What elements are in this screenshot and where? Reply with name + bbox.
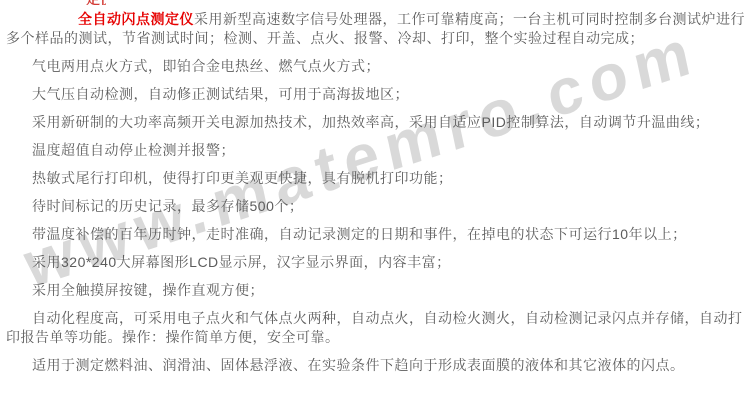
cropped-red-text-fragment: 定仪 [86, 0, 106, 5]
feature-paragraph: 自动化程度高，可采用电子点火和气体点火两种，自动点火，自动检火测火，自动检测记录… [6, 309, 746, 347]
feature-paragraph: 带温度补偿的百年历时钟，走时准确，自动记录测定的日期和事件，在掉电的状态下可运行… [6, 225, 746, 244]
feature-paragraph: 待时间标记的历史记录，最多存储500个； [6, 197, 746, 216]
feature-paragraph: 温度超值自动停止检测并报警； [6, 141, 746, 160]
feature-paragraph: 采用全触摸屏按键，操作直观方便； [6, 281, 746, 300]
feature-paragraph: 采用新研制的大功率高频开关电源加热技术，加热效率高，采用自适应PID控制算法，自… [6, 113, 746, 132]
intro-paragraph: 全自动闪点测定仪采用新型高速数字信号处理器，工作可靠精度高；一台主机可同时控制多… [6, 10, 746, 48]
product-name-highlight: 全自动闪点测定仪 [78, 11, 194, 27]
feature-paragraph: 气电两用点火方式，即铂合金电热丝、燃气点火方式； [6, 57, 746, 76]
feature-paragraph: 热敏式尾行打印机，使得打印更美观更快捷，具有脱机打印功能； [6, 169, 746, 188]
feature-paragraph: 采用320*240大屏幕图形LCD显示屏，汉字显示界面，内容丰富； [6, 253, 746, 272]
feature-paragraph: 大气压自动检测，自动修正测试结果，可用于高海拔地区； [6, 85, 746, 104]
applicability-paragraph: 适用于测定燃料油、润滑油、固体悬浮液、在实验条件下趋向于形成表面膜的液体和其它液… [6, 356, 746, 375]
product-description-document: 全自动闪点测定仪采用新型高速数字信号处理器，工作可靠精度高；一台主机可同时控制多… [6, 10, 746, 384]
